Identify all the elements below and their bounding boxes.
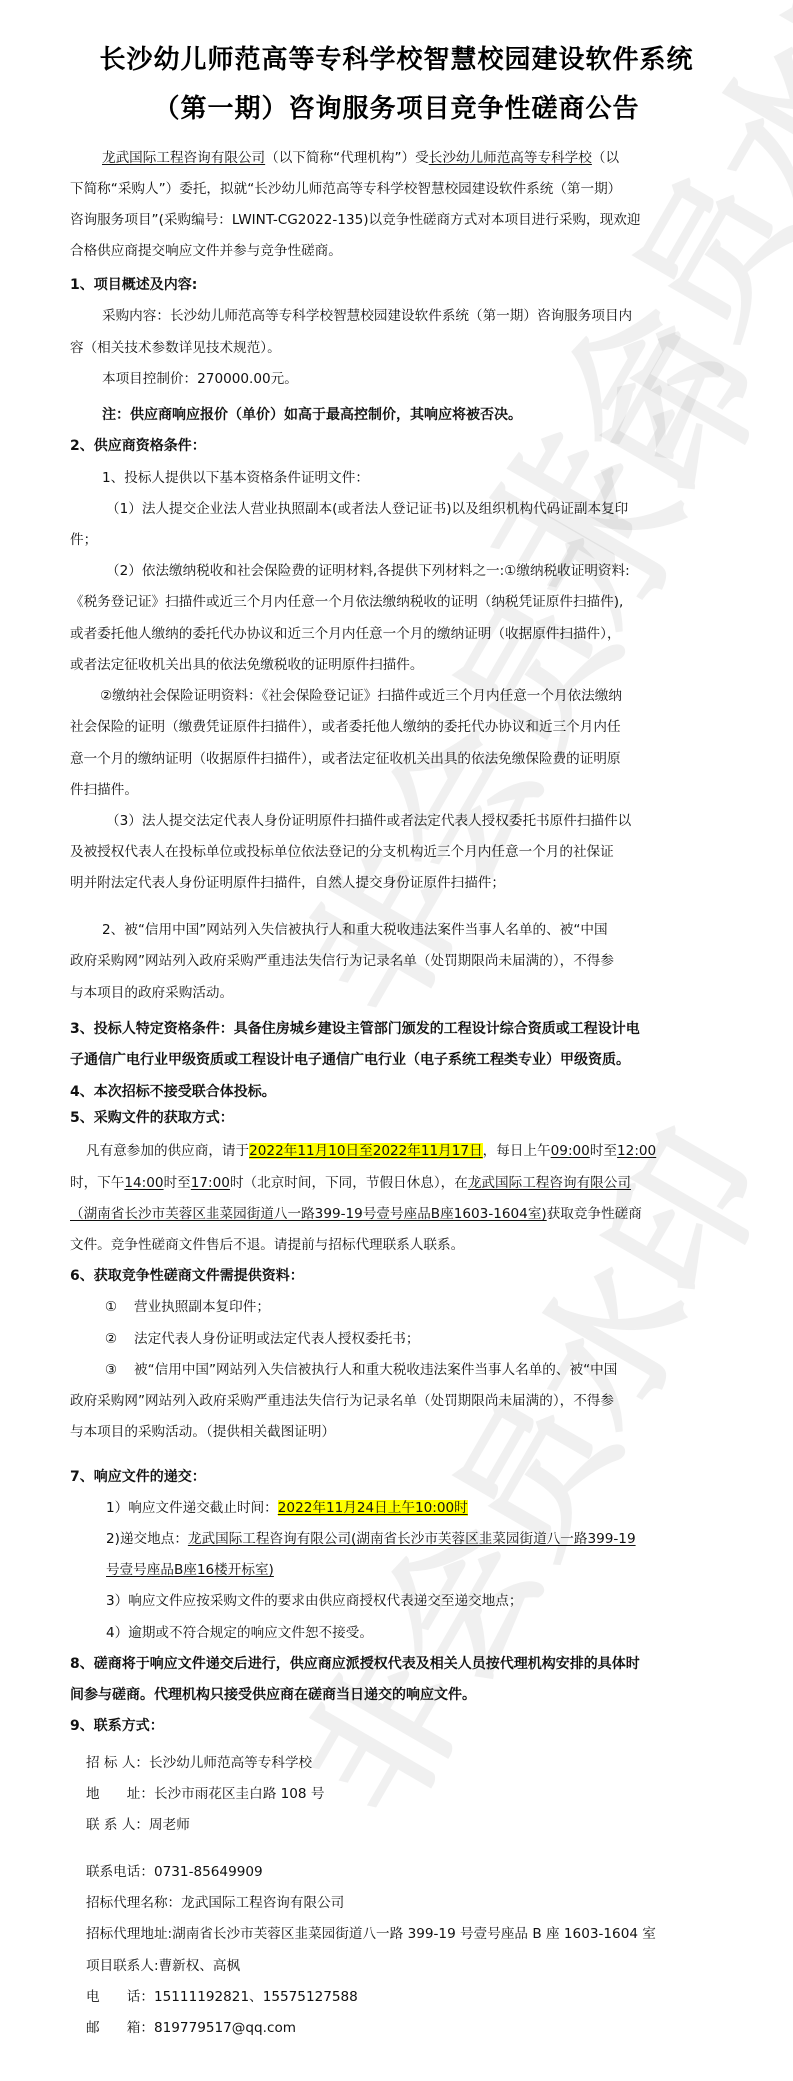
s7-line1: 1）响应文件递交截止时间：2022年11月24日上午10:00时 (70, 1496, 758, 1520)
s1-note: 注：供应商响应报价（单价）如高于最高控制价，其响应将被否决。 (70, 403, 754, 427)
field-label: 联 系 人： (86, 1817, 149, 1833)
purchaser-link: 长沙幼儿师范高等专科学校 (429, 150, 592, 166)
field-label: 招标代理地址: (86, 1926, 172, 1942)
circled-number-icon: ① (102, 1295, 120, 1319)
s7-line2: 2)递交地点：龙武国际工程咨询有限公司(湖南省长沙市芙蓉区韭菜园街道八一路399… (70, 1527, 758, 1551)
s2-line: 件； (70, 528, 722, 552)
s6-item: ①营业执照副本复印件； (70, 1295, 754, 1319)
s7-text: 1）响应文件递交截止时间： (106, 1500, 278, 1516)
submission-location: 龙武国际工程咨询有限公司(湖南省长沙市芙蓉区韭菜园街道八一路399-19 (188, 1531, 636, 1547)
page-title-line1: 长沙幼儿师范高等专科学校智慧校园建设软件系统 (0, 39, 793, 76)
s2-line: 1、投标人提供以下基本资格条件证明文件： (70, 466, 754, 490)
section5-heading: 5、采购文件的获取方式： (70, 1106, 722, 1130)
s2-line: 政府采购网”网站列入政府采购严重违法失信行为记录名单（处罚期限尚未届满的），不得… (70, 949, 722, 973)
section8-line2: 间参与磋商。代理机构只接受供应商在磋商当日递交的响应文件。 (70, 1683, 722, 1707)
field-label: 联系电话： (86, 1864, 154, 1880)
section3-line2: 子通信广电行业甲级资质或工程设计电子通信广电行业（电子系统工程类专业）甲级资质。 (70, 1048, 722, 1072)
intro-line2: 下简称“采购人”）委托，拟就“长沙幼儿师范高等专科学校智慧校园建设软件系统（第一… (70, 177, 722, 201)
s6-line: 政府采购网”网站列入政府采购严重违法失信行为记录名单（处罚期限尚未届满的），不得… (70, 1389, 722, 1413)
field-value: 0731-85649909 (154, 1864, 263, 1880)
intro-text: （以 (592, 150, 619, 166)
s6-item-text: 法定代表人身份证明或法定代表人授权委托书； (134, 1331, 419, 1347)
contact-phone: 联系电话：0731-85649909 (70, 1860, 738, 1884)
s7-text: 2)递交地点： (106, 1531, 188, 1547)
section3-line1: 3、投标人特定资格条件：具备住房城乡建设主管部门颁发的工程设计综合资质或工程设计… (70, 1017, 722, 1041)
field-label: 招标代理名称： (86, 1895, 181, 1911)
s2-line: 2、被“信用中国”网站列入失信被执行人和重大税收违法案件当事人名单的、被“中国 (70, 918, 754, 942)
contact-person: 联 系 人：周老师 (70, 1813, 738, 1837)
contact-tenderer: 招 标 人：长沙幼儿师范高等专科学校 (70, 1751, 738, 1775)
acquisition-date-range: 2022年11月10日至2022年11月17日 (249, 1143, 483, 1159)
s2-line: 意一个月的缴纳证明（收据原件扫描件），或者法定征收机关出具的依法免缴保险费的证明… (70, 747, 722, 771)
circled-number-icon: ③ (102, 1358, 120, 1382)
contact-tel: 电 话：15111192821、15575127588 (70, 1985, 738, 2009)
field-label: 地 址： (86, 1786, 154, 1802)
field-value: 龙武国际工程咨询有限公司 (181, 1895, 344, 1911)
submission-deadline: 2022年11月24日上午10:00时 (278, 1500, 468, 1516)
intro-line3: 咨询服务项目”(采购编号：LWINT-CG2022-135)以竞争性磋商方式对本… (70, 208, 722, 232)
s5-line1: 凡有意参加的供应商，请于2022年11月10日至2022年11月17日，每日上午… (70, 1139, 738, 1163)
s2-line: 件扫描件。 (70, 778, 722, 802)
s2-line: （2）依法缴纳税收和社会保险费的证明材料,各提供下列材料之一:①缴纳税收证明资料… (70, 559, 758, 583)
field-value: 周老师 (149, 1817, 190, 1833)
s2-line: （3）法人提交法定代表人身份证明原件扫描件或者法定代表人授权委托书原件扫描件以 (70, 809, 758, 833)
section6-heading: 6、获取竞争性磋商文件需提供资料： (70, 1264, 722, 1288)
intro-line1: 龙武国际工程咨询有限公司（以下简称“代理机构”）受长沙幼儿师范高等专科学校（以 (70, 146, 754, 170)
agency-link: 龙武国际工程咨询有限公司 (468, 1175, 631, 1191)
s7-line2b: 号壹号座品B座16楼开标室) (70, 1558, 758, 1582)
circled-number-icon: ② (102, 1327, 120, 1351)
s5-line2: 时，下午14:00时至17:00时（北京时间，下同，节假日休息），在龙武国际工程… (70, 1171, 722, 1195)
s5-text: ，每日上午 (483, 1143, 551, 1159)
field-value: 长沙市雨花区圭白路 108 号 (154, 1786, 325, 1802)
field-label: 招 标 人： (86, 1755, 149, 1771)
agency-link: 龙武国际工程咨询有限公司 (102, 150, 265, 166)
s6-item: ②法定代表人身份证明或法定代表人授权委托书； (70, 1327, 754, 1351)
s5-text: 时（北京时间，下同，节假日休息），在 (230, 1175, 468, 1191)
s2-line: ②缴纳社会保险证明资料：《社会保险登记证》扫描件或近三个月内任意一个月依法缴纳 (70, 684, 752, 708)
s7-line4: 4）逾期或不符合规定的响应文件恕不接受。 (70, 1621, 758, 1645)
s5-line4: 文件。竞争性磋商文件售后不退。请提前与招标代理联系人联系。 (70, 1233, 722, 1257)
s5-text: 时至 (164, 1175, 191, 1191)
s6-line: 与本项目的采购活动。（提供相关截图证明） (70, 1420, 722, 1444)
s2-line: 社会保险的证明（缴费凭证原件扫描件），或者委托他人缴纳的委托代办协议和近三个月内… (70, 715, 722, 739)
intro-text: （以下简称“代理机构”）受 (265, 150, 429, 166)
field-value: 长沙幼儿师范高等专科学校 (149, 1755, 312, 1771)
s5-text: 获取竞争性磋商 (547, 1206, 642, 1222)
field-label: 电 话： (86, 1989, 154, 2005)
s2-line: 与本项目的政府采购活动。 (70, 981, 722, 1005)
s2-line: 《税务登记证》扫描件或近三个月内任意一个月依法缴纳税收的证明（纳税凭证原件扫描件… (70, 590, 722, 614)
announcement-page: 非会员水印 非会员水印 非会员水印 长沙幼儿师范高等专科学校智慧校园建设软件系统… (0, 0, 793, 2081)
am-start-time: 09:00 (551, 1143, 590, 1159)
field-value: 湖南省长沙市芙蓉区韭菜园街道八一路 399-19 号壹号座品 B 座 1603-… (172, 1926, 656, 1942)
submission-location: 号壹号座品B座16楼开标室) (106, 1562, 274, 1578)
s7-line3: 3）响应文件应按采购文件的要求由供应商授权代表递交至递交地点； (70, 1589, 758, 1613)
s2-line: 明并附法定代表人身份证明原件扫描件，自然人提交身份证原件扫描件； (70, 871, 722, 895)
section8-line1: 8、磋商将于响应文件递交后进行，供应商应派授权代表及相关人员按代理机构安排的具体… (70, 1652, 722, 1676)
field-value: 曹新权、高枫 (159, 1958, 241, 1974)
agent-address: 招标代理地址:湖南省长沙市芙蓉区韭菜园街道八一路 399-19 号壹号座品 B … (70, 1922, 738, 1946)
s6-item: ③被“信用中国”网站列入失信被执行人和重大税收违法案件当事人名单的、被“中国 (70, 1358, 754, 1382)
section4-heading: 4、本次招标不接受联合体投标。 (70, 1080, 722, 1104)
project-contact: 项目联系人:曹新权、高枫 (70, 1954, 738, 1978)
s2-line: （1）法人提交企业法人营业执照副本(或者法人登记证书)以及组织机构代码证副本复印 (70, 497, 758, 521)
section1-heading: 1、项目概述及内容: (70, 273, 722, 297)
agency-address: （湖南省长沙市芙蓉区韭菜园街道八一路399-19号壹号座品B座1603-1604… (70, 1206, 547, 1222)
contact-email: 邮 箱：819779517@qq.com (70, 2016, 738, 2040)
s5-text: 时至 (590, 1143, 617, 1159)
s2-line: 或者委托他人缴纳的委托代办协议和近三个月内任意一个月的缴纳证明（收据原件扫描件）… (70, 622, 722, 646)
section9-heading: 9、联系方式： (70, 1714, 722, 1738)
s1-price: 本项目控制价：270000.00元。 (70, 367, 754, 391)
s6-item-text: 营业执照副本复印件； (134, 1299, 270, 1315)
s5-text: 时，下午 (70, 1175, 124, 1191)
field-label: 邮 箱： (86, 2020, 154, 2036)
field-label: 项目联系人: (86, 1958, 159, 1974)
agent-name: 招标代理名称：龙武国际工程咨询有限公司 (70, 1891, 738, 1915)
field-value: 15111192821、15575127588 (154, 1989, 358, 2005)
pm-end-time: 17:00 (191, 1175, 230, 1191)
intro-line4: 合格供应商提交响应文件并参与竞争性磋商。 (70, 239, 722, 263)
s1-line: 容（相关技术参数详见技术规范）。 (70, 336, 722, 360)
am-end-time: 12:00 (617, 1143, 656, 1159)
s1-line: 采购内容：长沙幼儿师范高等专科学校智慧校园建设软件系统（第一期）咨询服务项目内 (70, 304, 754, 328)
page-title-line2: （第一期）咨询服务项目竞争性磋商公告 (0, 88, 793, 125)
contact-address: 地 址：长沙市雨花区圭白路 108 号 (70, 1782, 738, 1806)
s2-line: 及被授权代表人在投标单位或投标单位依法登记的分支机构近三个月内任意一个月的社保证 (70, 840, 722, 864)
pm-start-time: 14:00 (124, 1175, 163, 1191)
s6-item-text: 被“信用中国”网站列入失信被执行人和重大税收违法案件当事人名单的、被“中国 (134, 1362, 617, 1378)
email-value: 819779517@qq.com (154, 2020, 296, 2036)
s2-line: 或者法定征收机关出具的依法免缴税收的证明原件扫描件。 (70, 653, 722, 677)
section2-heading: 2、供应商资格条件： (70, 434, 722, 458)
section7-heading: 7、响应文件的递交： (70, 1465, 722, 1489)
s5-text: 凡有意参加的供应商，请于 (86, 1143, 249, 1159)
s5-line3: （湖南省长沙市芙蓉区韭菜园街道八一路399-19号壹号座品B座1603-1604… (70, 1202, 722, 1226)
